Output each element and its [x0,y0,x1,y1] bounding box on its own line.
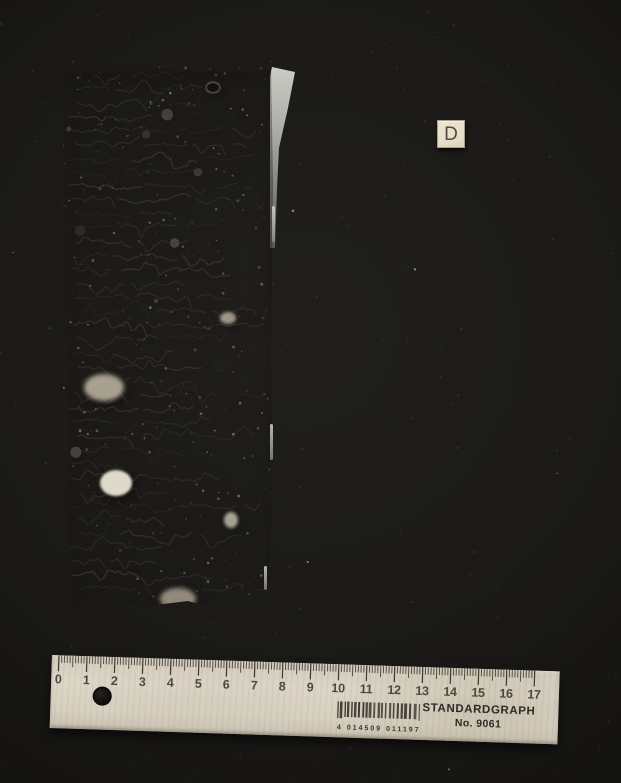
ruler-number: 8 [270,679,294,694]
ruler-brand-block: STANDARDGRAPH No. 9061 [422,702,535,732]
photo-scene: D 01234567891011121314151617 4 014509 01… [0,0,621,783]
ruler-number: 13 [410,684,434,699]
edge-glint [272,206,275,242]
ruler-number: 4 [158,675,182,690]
photo-label-tile: D [437,120,465,148]
manuscript-fragment [60,64,276,616]
ruler-number: 7 [242,678,266,693]
ruler-number: 11 [354,682,378,697]
edge-glint [264,566,267,590]
ruler-number: 14 [438,684,462,699]
ruler-number: 17 [522,687,546,702]
ruler-number: 3 [130,675,154,690]
ruler-number: 12 [382,683,406,698]
ruler-number: 0 [46,672,70,687]
ruler-number: 2 [102,674,126,689]
barcode-bars [335,701,424,721]
edge-glint [270,424,273,460]
ruler-number: 9 [298,680,322,695]
ruler-number: 16 [494,686,518,701]
ruler-number: 15 [466,685,490,700]
photo-label-letter: D [444,125,458,144]
ruler-number: 5 [186,676,210,691]
handwriting-layer [60,64,276,616]
ruler-brand: STANDARDGRAPH [422,702,534,718]
ruler-number: 6 [214,677,238,692]
barcode: 4 014509 011197 [333,701,426,734]
ruler-number: 1 [74,673,98,688]
ruler-number: 10 [326,681,350,696]
